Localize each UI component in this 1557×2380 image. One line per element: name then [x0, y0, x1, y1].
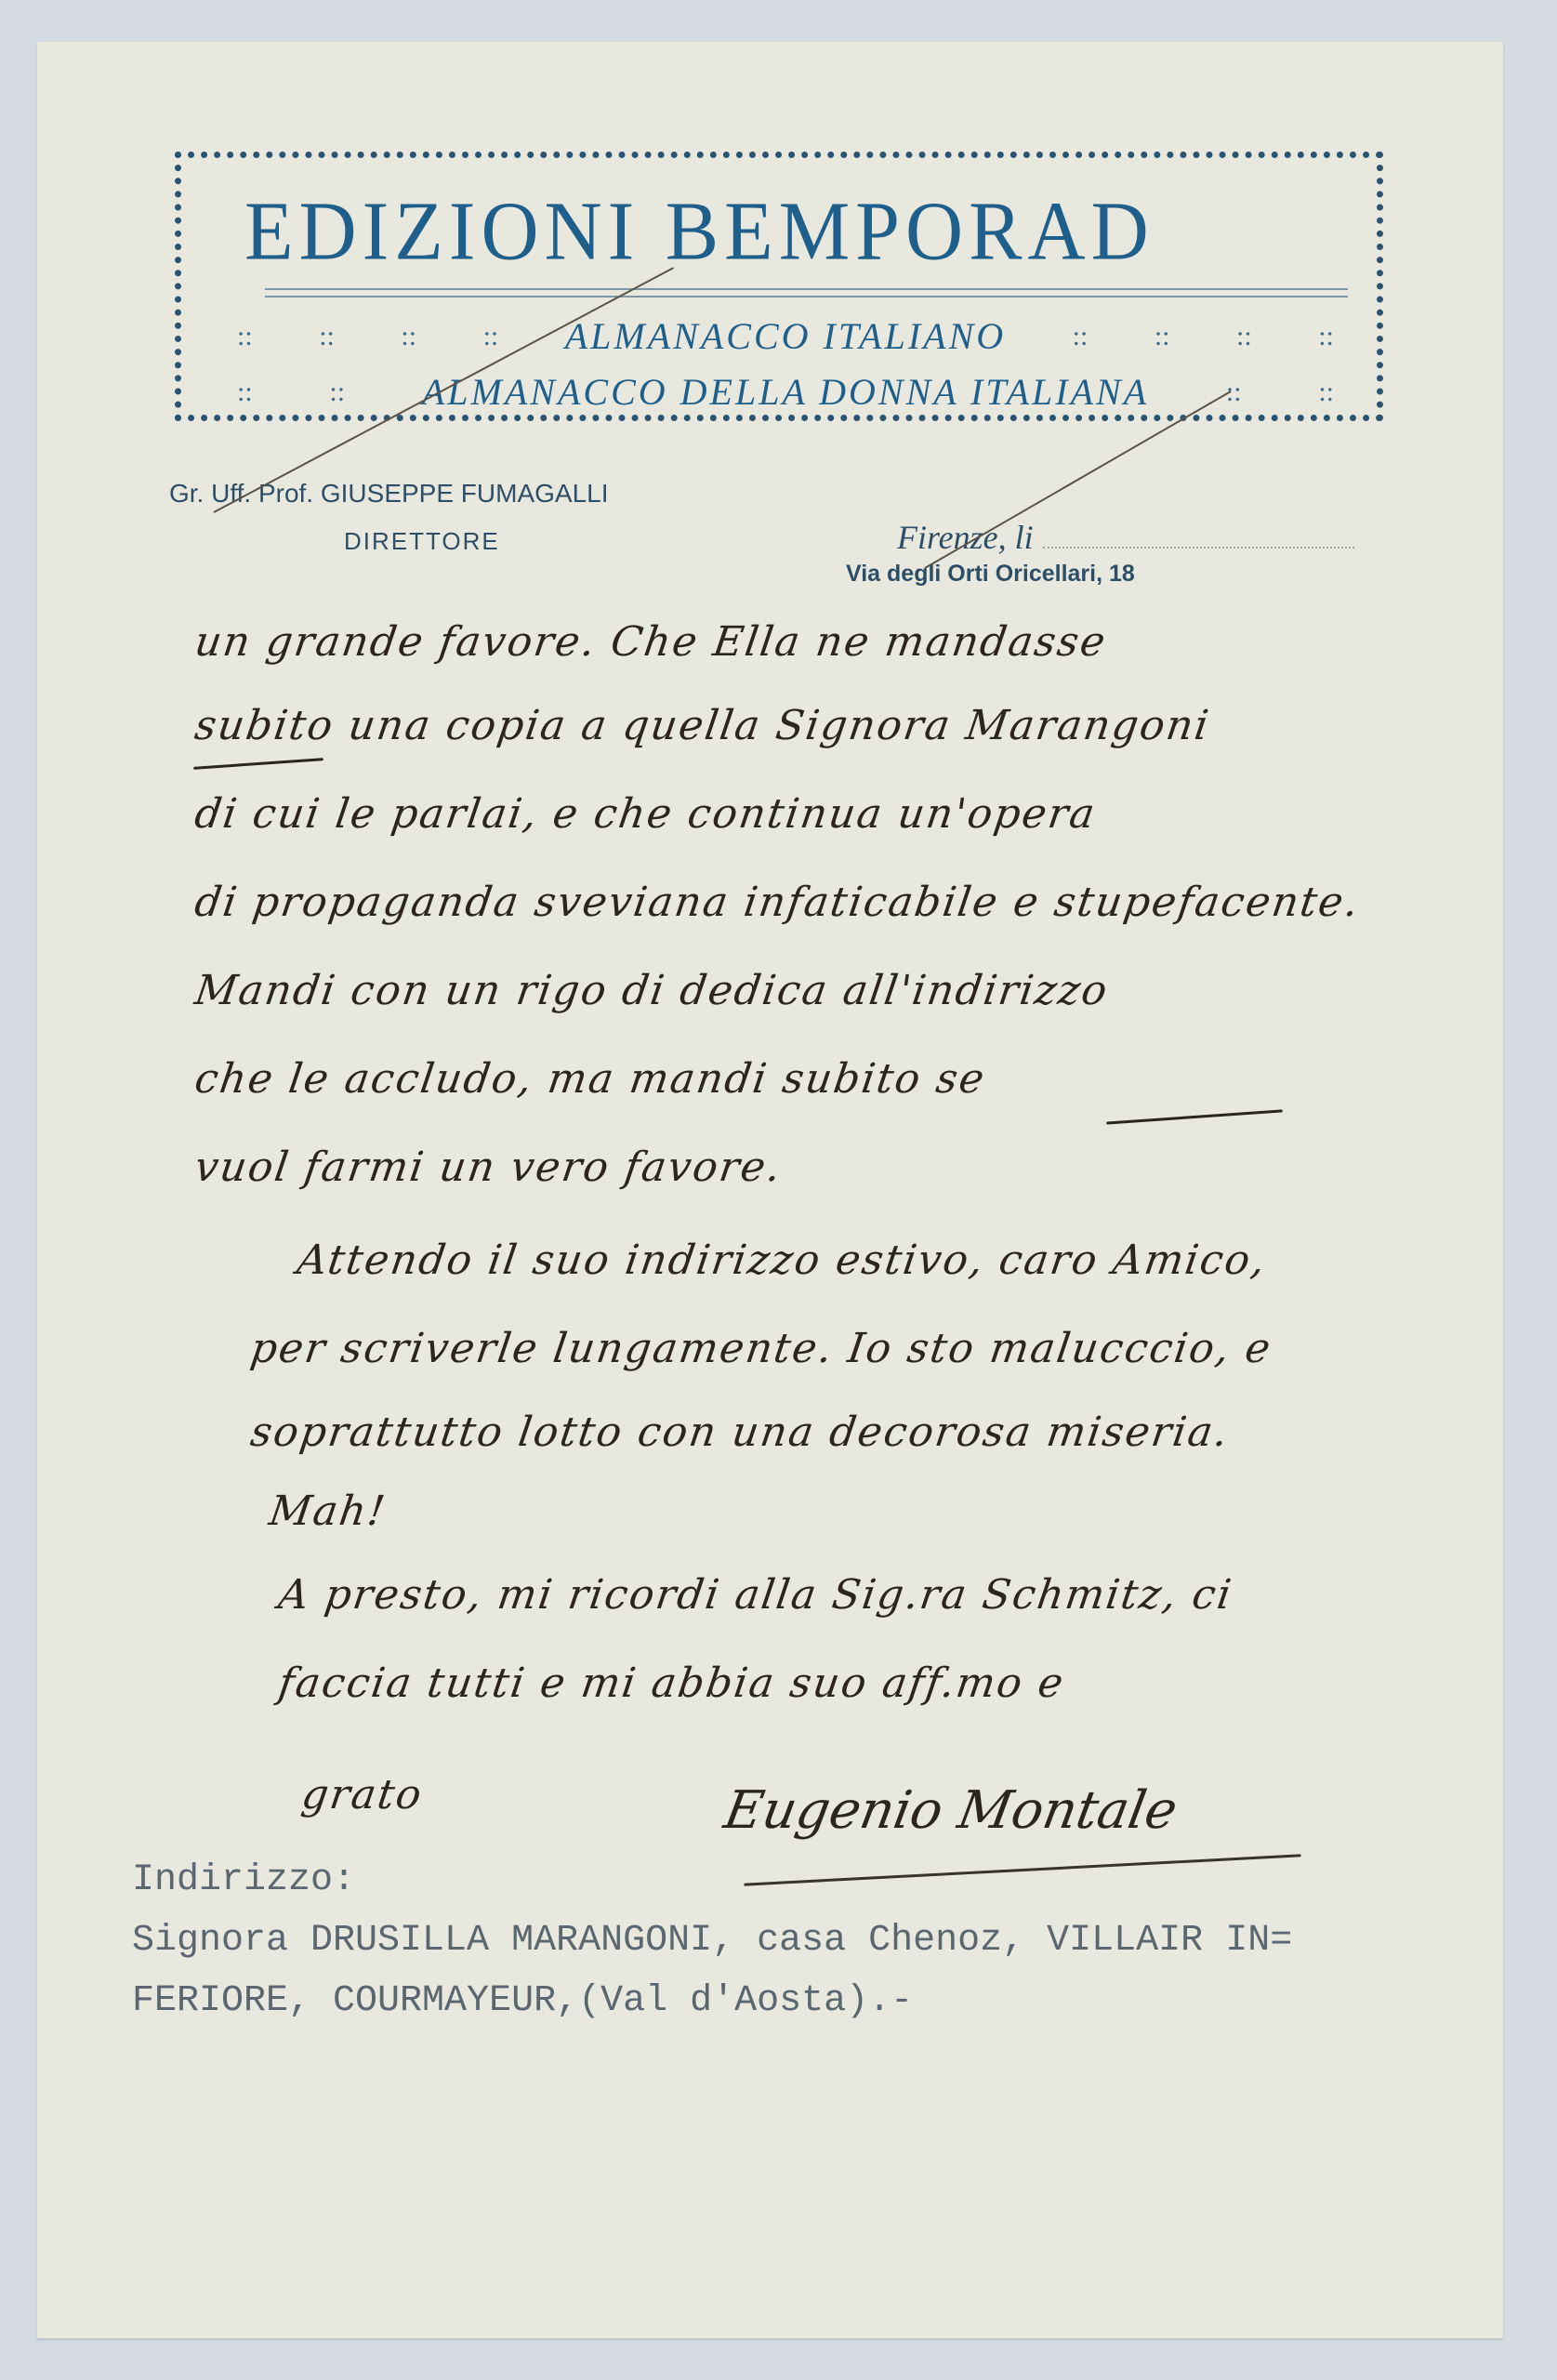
director-role: DIRETTORE — [344, 527, 500, 556]
handwritten-line: faccia tutti e mi abbia suo aff.mo e — [275, 1659, 1067, 1707]
signature: Eugenio Montale — [719, 1780, 1181, 1841]
director-name: Gr. Uff. Prof. GIUSEPPE FUMAGALLI — [169, 479, 609, 509]
handwritten-line: di propaganda sveviana infaticabile e st… — [191, 879, 1363, 926]
almanac-title: ALMANACCO ITALIANO — [565, 314, 1006, 358]
handwritten-line: un grande favore. Che Ella ne mandasse — [191, 618, 1109, 666]
letterhead-rule — [265, 296, 1348, 297]
almanac-women-title: ALMANACCO DELLA DONNA ITALIANA — [422, 370, 1149, 414]
handwritten-line: grato — [298, 1771, 426, 1818]
address-line-1: Signora DRUSILLA MARANGONI, casa Chenoz,… — [132, 1920, 1292, 1962]
underline-mark — [1106, 1109, 1283, 1124]
date-blank — [1043, 546, 1354, 549]
letterhead-line-2: :: :: ALMANACCO DELLA DONNA ITALIANA :: … — [237, 370, 1334, 414]
handwritten-line: Mah! — [266, 1487, 389, 1535]
city-date-line: Firenze, li — [897, 518, 1354, 557]
handwritten-line: subito una copia a quella Signora Marang… — [191, 702, 1213, 749]
handwritten-line: Mandi con un rigo di dedica all'indirizz… — [191, 967, 1111, 1014]
handwritten-line: vuol farmi un vero favore. — [191, 1144, 785, 1191]
handwritten-line: che le accludo, ma mandi subito se — [191, 1055, 988, 1103]
address-label: Indirizzo: — [132, 1859, 355, 1901]
handwritten-line: per scriverle lungamente. Io sto maluccc… — [247, 1325, 1274, 1372]
handwritten-line: di cui le parlai, e che continua un'oper… — [191, 790, 1099, 838]
letter-sheet: EDIZIONI BEMPORAD :: :: :: :: ALMANACCO … — [37, 42, 1503, 2338]
handwritten-line: Attendo il suo indirizzo estivo, caro Am… — [294, 1236, 1269, 1284]
letterhead-box: EDIZIONI BEMPORAD :: :: :: :: ALMANACCO … — [175, 152, 1383, 421]
publisher-address: Via degli Orti Oricellari, 18 — [846, 561, 1135, 588]
signature-flourish — [744, 1854, 1300, 1885]
address-line-2: FERIORE, COURMAYEUR,(Val d'Aosta).- — [132, 1980, 913, 2022]
letterhead-line-1: :: :: :: :: ALMANACCO ITALIANO :: :: :: … — [237, 314, 1334, 358]
handwritten-line: A presto, mi ricordi alla Sig.ra Schmitz… — [275, 1571, 1235, 1619]
publisher-title: EDIZIONI BEMPORAD — [244, 182, 1313, 280]
letterhead-rule — [265, 288, 1348, 290]
handwritten-line: soprattutto lotto con una decorosa miser… — [247, 1408, 1232, 1456]
underline-mark — [193, 758, 323, 770]
